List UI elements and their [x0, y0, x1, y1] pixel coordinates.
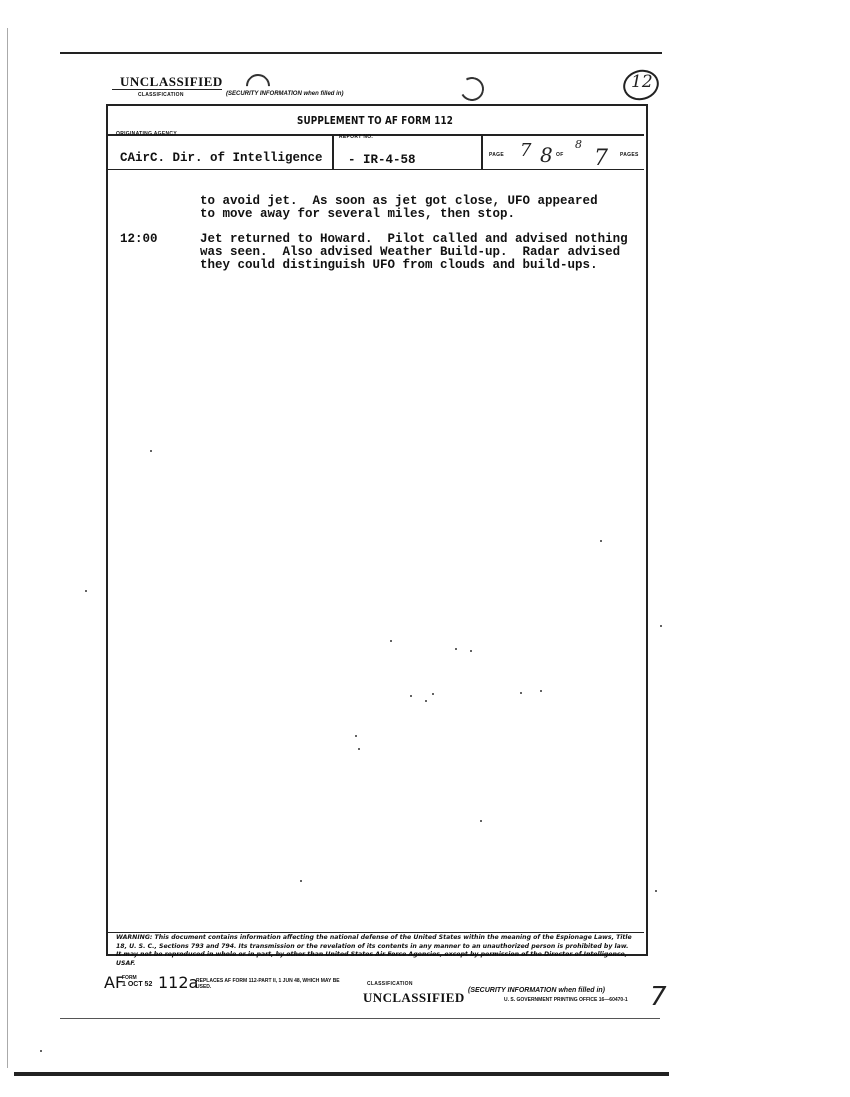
cell-divider [481, 134, 483, 169]
scan-bottom-rule [14, 1072, 669, 1076]
classification-underline [112, 89, 222, 90]
scan-top-rule [60, 52, 662, 54]
warning-notice: WARNING: This document contains informat… [116, 934, 634, 968]
report-no-label: REPORT NO. [339, 134, 373, 140]
form-title-row: SUPPLEMENT TO AF FORM 112 [106, 104, 644, 136]
cell-divider [332, 134, 334, 169]
total-pages-small: 8 [575, 138, 582, 151]
footer-handwritten-mark: 7 [650, 982, 667, 1012]
scan-edge-line [7, 28, 8, 1068]
originating-agency: CAirC. Dir. of Intelligence [120, 151, 323, 165]
of-label: OF [556, 152, 564, 158]
punch-hole-mark-icon [241, 69, 275, 103]
footer-form-date: 1 OCT 52 [122, 981, 152, 988]
warning-divider [106, 932, 644, 933]
page-number-handwritten: 8 [540, 143, 553, 167]
page-number-handwritten-top: 7 [520, 140, 531, 161]
footer-classification-label: CLASSIFICATION [367, 981, 413, 987]
handwritten-page-mark: 12 [631, 72, 653, 92]
entry-time: 12:00 [120, 233, 158, 246]
classification-label-top: CLASSIFICATION [138, 92, 184, 98]
entry-text: Jet returned to Howard. Pilot called and… [200, 233, 628, 272]
classification-top: UNCLASSIFIED [120, 74, 223, 90]
page-label: PAGE [489, 152, 504, 158]
scan-lower-rule [60, 1018, 660, 1019]
footer-gpo: U. S. GOVERNMENT PRINTING OFFICE 16—6047… [504, 997, 628, 1003]
footer-security-info: (SECURITY INFORMATION when filled in) [468, 987, 605, 994]
footer-classification: UNCLASSIFIED [363, 990, 465, 1006]
pages-label: PAGES [620, 152, 639, 158]
entry-text: to avoid jet. As soon as jet got close, … [200, 195, 598, 221]
footer-form-number: 112a [158, 973, 198, 992]
form-title: SUPPLEMENT TO AF FORM 112 [160, 114, 590, 127]
footer-replaces-note: REPLACES AF FORM 112-PART II, 1 JUN 48, … [196, 978, 356, 990]
security-info-top: (SECURITY INFORMATION when filled in) [226, 91, 343, 97]
punch-hole-mark-icon [457, 74, 486, 103]
total-pages-handwritten: 7 [594, 146, 608, 171]
report-no: - IR-4-58 [348, 153, 416, 167]
originating-agency-label: ORIGINATING AGENCY [116, 131, 177, 137]
